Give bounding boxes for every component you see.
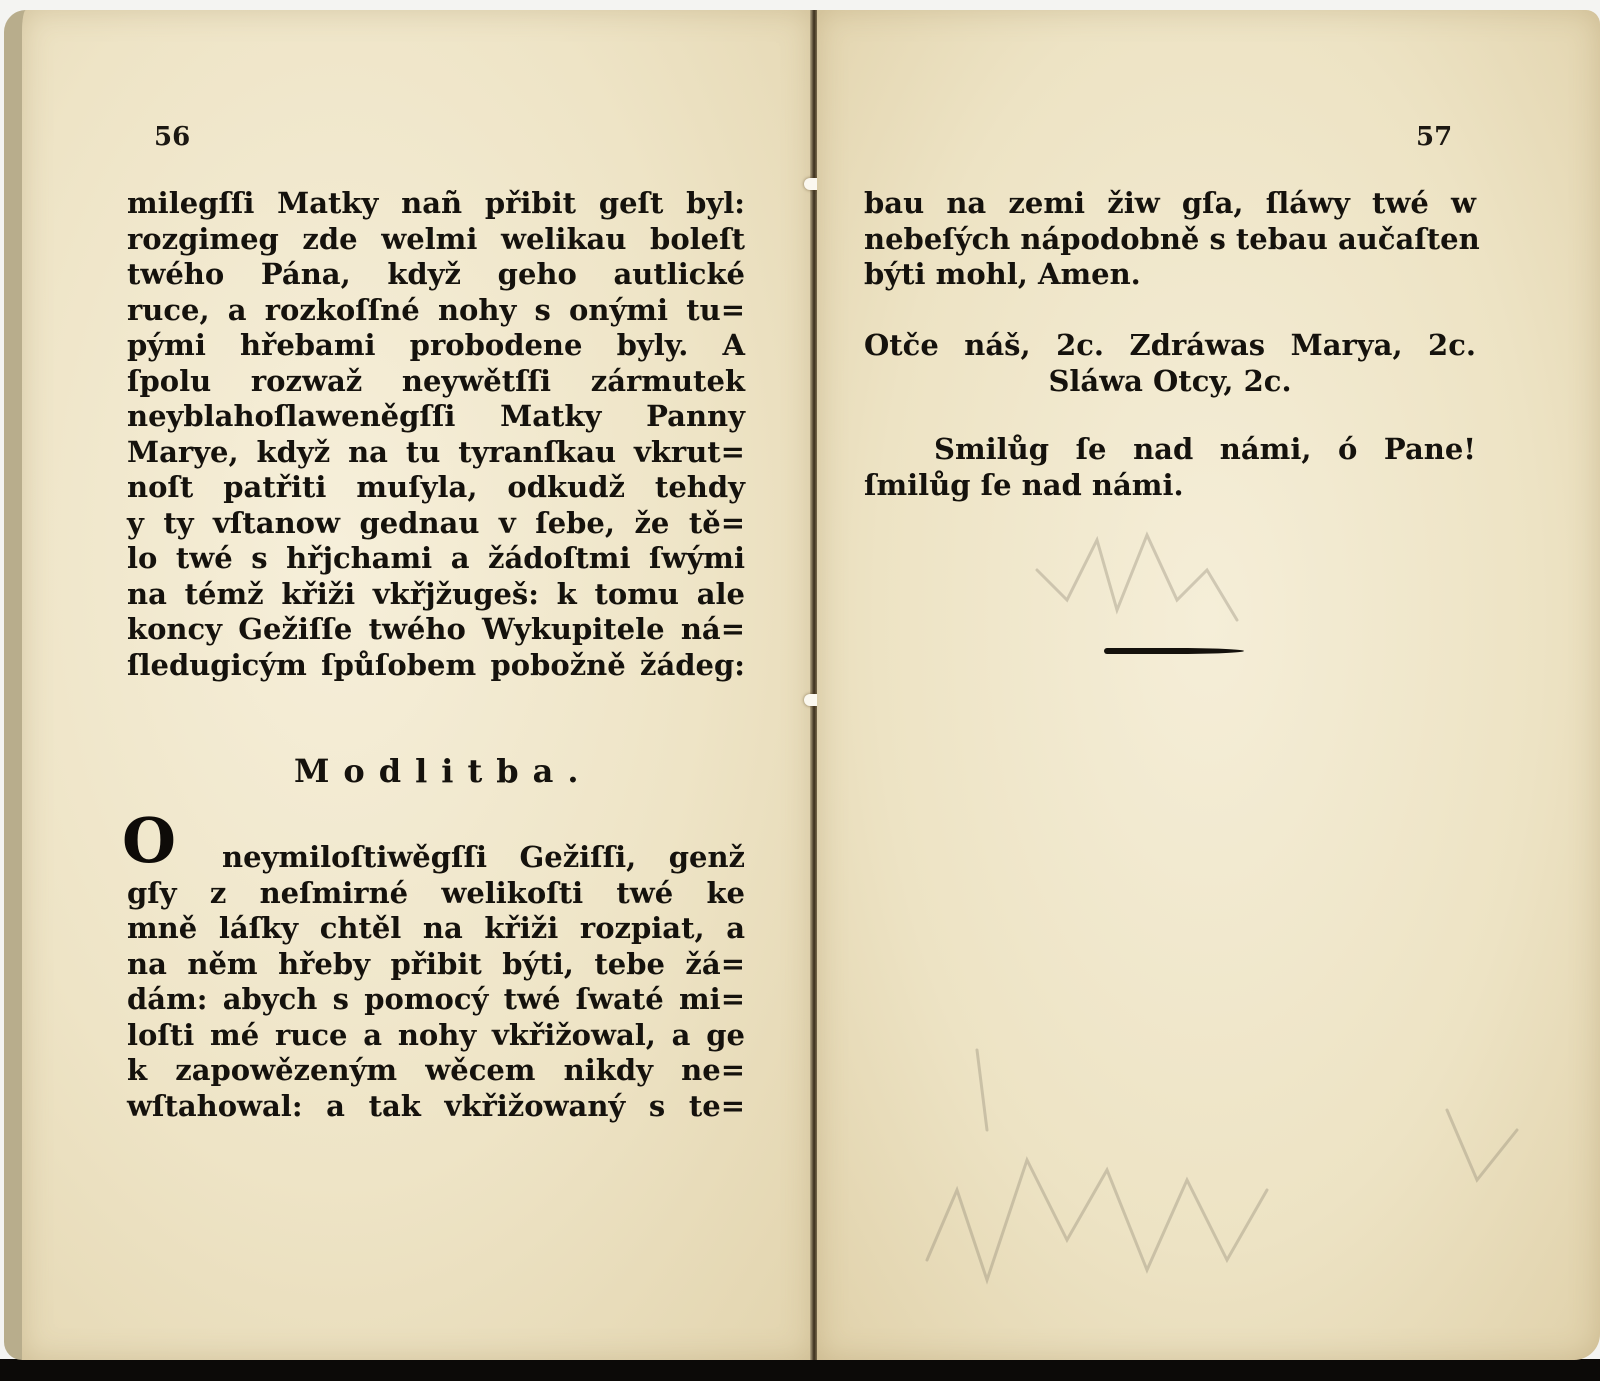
text-line: k zapowězeným wěcem nikdy ne= bbox=[127, 1053, 745, 1089]
text-line: koncy Gežiſſe twého Wykupitele ná= bbox=[127, 612, 745, 648]
text-line: na něm hřeby přibit býti, tebe žá= bbox=[127, 947, 745, 983]
text-line: býti mohl, Amen. bbox=[864, 257, 1476, 293]
text-line: neymiloſtiwěgſſi Gežiſſi, genž bbox=[127, 840, 745, 876]
text-line: milegſſi Matky nañ přibit geſt byl: bbox=[127, 186, 745, 222]
text-line: pými hřebami probodene byly. A bbox=[127, 328, 745, 364]
text-line: Marye, když na tu tyranſkau vkrut= bbox=[127, 435, 745, 471]
text-line: neyblahoſlaweněgſſi Matky Panny bbox=[127, 399, 745, 435]
text-line: bau na zemi žiw gſa, ſláwy twé w bbox=[864, 186, 1476, 222]
text-line: rozgimeg zde welmi welikau boleſt bbox=[127, 222, 745, 258]
text-line: ruce, a rozkoſſné nohy s onými tu= bbox=[127, 293, 745, 329]
text-line: na témž křiži vkřjžugeš: k tomu ale bbox=[127, 577, 745, 613]
right-paragraph: bau na zemi žiw gſa, ſláwy twé w nebeſýc… bbox=[864, 186, 1476, 293]
prayer-heading: Modlitba. bbox=[294, 752, 592, 790]
text-line: nebeſých nápodobně s tebau aučaſten bbox=[864, 222, 1476, 258]
text-line: ſledugicým ſpůſobem pobožně žádeg: bbox=[127, 648, 745, 684]
text-line: Smilůg ſe nad námi, ó Pane! bbox=[864, 432, 1476, 468]
text-line: lo twé s hřjchami a žádoſtmi ſwými bbox=[127, 541, 745, 577]
right-page-number: 57 bbox=[1416, 122, 1452, 152]
text-line: dám: abych s pomocý twé ſwaté mi= bbox=[127, 982, 745, 1018]
text-line: wſtahowal: a tak vkřižowaný s te= bbox=[127, 1089, 745, 1125]
text-line: gſy z neſmirné welikoſti twé ke bbox=[127, 876, 745, 912]
text-line: noſt patřiti muſyla, odkudž tehdy bbox=[127, 470, 745, 506]
prayer-references: Otče náš, 2c. Zdráwas Marya, 2c. Sláwa O… bbox=[864, 328, 1476, 399]
left-page-number: 56 bbox=[154, 122, 190, 152]
scan-bottom-edge bbox=[0, 1359, 1600, 1381]
open-book: 56 milegſſi Matky nañ přibit geſt byl: r… bbox=[4, 10, 1600, 1360]
text-line: ſmilůg ſe nad námi. bbox=[864, 468, 1476, 504]
text-line: twého Pána, když geho autlické bbox=[127, 257, 745, 293]
text-line: loſti mé ruce a nohy vkřižowal, a ge bbox=[127, 1018, 745, 1054]
closing-invocation: Smilůg ſe nad námi, ó Pane! ſmilůg ſe na… bbox=[864, 432, 1476, 503]
text-line: Otče náš, 2c. Zdráwas Marya, 2c. bbox=[864, 328, 1476, 364]
text-line: ſpolu rozwaž neywětſſi zármutek bbox=[127, 364, 745, 400]
left-paragraph: milegſſi Matky nañ přibit geſt byl: rozg… bbox=[127, 186, 745, 683]
text-line: Sláwa Otcy, 2c. bbox=[864, 364, 1476, 400]
section-divider-rule bbox=[1104, 648, 1244, 654]
text-line: mně láſky chtěl na křiži rozpiat, a bbox=[127, 911, 745, 947]
text-line: y ty vſtanow gednau v ſebe, že tě= bbox=[127, 506, 745, 542]
prayer-paragraph: neymiloſtiwěgſſi Gežiſſi, genž gſy z neſ… bbox=[127, 840, 745, 1124]
